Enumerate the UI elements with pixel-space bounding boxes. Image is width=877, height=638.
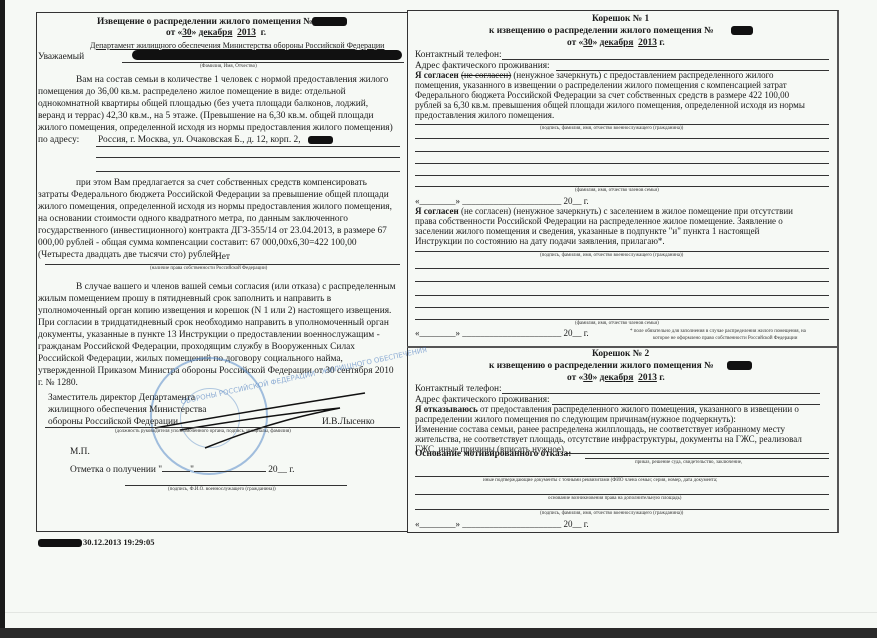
notice-title: Извещение о распределении жилого помещен… [97,17,313,28]
para3-line-2: уполномоченный орган копию извещения и к… [38,306,391,317]
para2-line-1: затраты Федерального бюджета Российской … [38,190,389,201]
stub1-family2-field-5[interactable] [415,319,829,320]
address-label: по адресу: [38,135,79,146]
stub1-family2-field-2[interactable] [415,281,829,282]
para3-line-8: г. № 1280. [38,378,78,389]
stub1-family-field-3[interactable] [415,163,829,164]
stub2-title: Корешок № 2 [592,349,649,360]
para2-line-4: государственного (инвестиционного) контр… [38,226,387,237]
receipt-caption: (подпись, Ф.И.О. военнослужащего (гражда… [168,487,276,493]
stub2-sign-field[interactable] [415,509,829,510]
stub1-subtitle: к извещению о распределении жилого помещ… [489,26,714,37]
stub1-title: Корешок № 1 [592,14,649,25]
stub2-date-blank[interactable]: «________» ______________________ 20__ г… [415,519,589,530]
scan-edge-left [0,0,5,638]
scan-fold-line [5,612,877,613]
stub2-subtitle: к извещению о распределении жилого помещ… [489,361,714,372]
stub1-date-blank-2[interactable]: «________» ______________________ 20__ г… [415,328,589,339]
scan-edge-bottom [0,628,877,638]
address-line-3 [96,171,400,172]
stub1-sign-caption-2: (подпись, фамилия, имя, отчество военнос… [540,253,683,259]
notice-date: от «30» декабря 2013 г. [166,28,266,39]
stub1-footnote-1: которое не оформлено право собственности… [653,336,797,342]
stub2-basis-field[interactable] [415,494,829,495]
stub2-phone-label: Контактный телефон: [415,384,502,395]
redacted-number [312,17,347,26]
stub2-other-reason-field[interactable] [565,453,829,454]
para2-line-0: при этом Вам предлагается за счет собств… [76,178,367,189]
para2-line-3: на основании стоимости одного квадратног… [38,214,348,225]
stub1-family-caption-2: (фамилия, имя, отчество членов семьи) [575,321,659,327]
stub1-phone-field[interactable] [502,59,829,60]
para1-line-2: однокомнатной квартиры общей площадью (б… [38,99,368,110]
ownership-caption: (наличие права собственности Российской … [150,266,267,272]
redacted-address [308,136,333,144]
redacted-name [132,50,402,60]
redacted-user [38,539,82,547]
stub1-family2-field-1[interactable] [415,268,829,269]
receipt-line [125,485,347,486]
greeting-line [122,62,404,63]
seal-label: М.П. [70,447,90,458]
para3-line-3: При согласии в тридцатидневный срок необ… [38,318,389,329]
para2-line-6: (Четыреста двадцать две тысячи сто) рубл… [38,250,218,261]
greeting-caption: (Фамилия, Имя, Отчество) [200,64,257,70]
receipt-label: Отметка о получении "" 20__ г. [70,463,294,476]
stub1-family-field-2[interactable] [415,151,829,152]
stub1-date: от «30» декабря 2013 г. [567,38,665,49]
stub1-family-caption: (фамилия, имя, отчество членов семьи) [575,188,659,194]
address-line-2 [96,157,400,158]
stub1-sign-caption: (подпись, фамилия, имя, отчество военнос… [540,126,683,132]
signer-caption: (должность руководителя уполномоченного … [115,429,291,435]
ownership-line [45,264,400,265]
stub2-reason-label: Основание мотивированного отказа: [415,449,571,460]
stub-separator [407,346,839,348]
stub2-caption-2: иные подтверждающие документы с точными … [483,478,717,484]
stub1-family-field-5[interactable] [415,186,829,187]
para1-line-4: жилого помещения, определенной исходя из… [38,123,393,134]
para1-line-1: помещения до 36,00 кв.м. распределено жи… [38,87,346,98]
para1-line-0: Вам на состав семьи в количестве 1 челов… [76,75,388,86]
stub2-phone-field[interactable] [502,393,820,394]
stub1-family2-field-4[interactable] [415,307,829,308]
stub2-reason-field[interactable] [585,458,829,459]
para2-line-5: 000,00 рублей - общая сумма компенсации … [38,238,357,249]
stub1-family-field-4[interactable] [415,175,829,176]
para2-line-2: жилого помещения, определенной исходя из… [38,202,392,213]
stub1-agree-line-4: предоставления жилого помещения. [415,110,554,121]
para3-line-4: документы, указанные в пункте 13 Инструк… [38,330,380,341]
stub2-date: от «30» декабря 2013 г. [567,373,665,384]
greeting-label: Уважаемый [38,52,84,63]
stub2-docs-field[interactable] [415,476,829,477]
address-line-1 [96,146,400,147]
stub1-sign-field-2[interactable] [415,251,829,252]
stub1-family2-field-3[interactable] [415,295,829,296]
print-timestamp: 30.12.2013 19:29:05 [83,537,155,548]
stub2-caption-4: (подпись, фамилия, имя, отчество военнос… [540,511,683,517]
ownership-value: Нет [215,252,230,263]
stub1-settle-line-3: Инструкции по состоянию на дату подачи з… [415,236,665,247]
stub1-footnote-0: * поле обязательно для заполнения в случ… [630,329,806,335]
redacted-number [731,26,753,35]
redacted-number [727,361,752,370]
stub1-phone-label: Контактный телефон: [415,50,502,61]
para3-line-5: гражданам Российской Федерации, проходящ… [38,342,355,353]
address-value: Россия, г. Москва, ул. Очаковская Б., д.… [98,135,301,146]
para1-line-3: веранд и террас) 42,30 кв.м., на 5 этаже… [38,111,374,122]
stub2-caption-3: основание возникновения права на дополни… [548,496,681,502]
stub2-caption-1: приказ, решение суда, свидетельство, зак… [635,460,742,466]
para3-line-0: В случае вашего и членов вашей семьи сог… [76,282,396,293]
stub1-family-field-1[interactable] [415,138,829,139]
para3-line-1: жилым помещением прошу в пятидневный сро… [38,294,331,305]
signer-line [45,427,400,428]
stub1-sign-field[interactable] [415,124,829,125]
